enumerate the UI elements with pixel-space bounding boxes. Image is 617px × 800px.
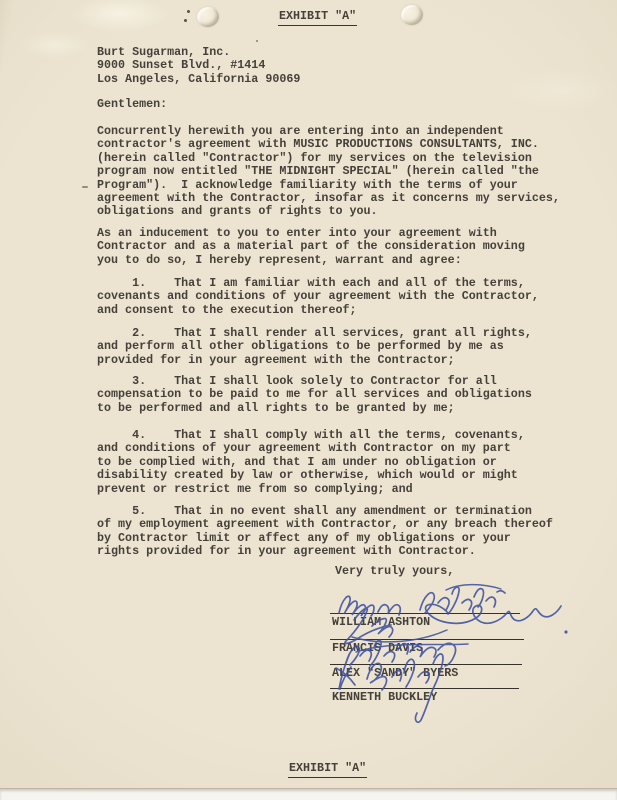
clause-3: 3. That I shall look solely to Contracto… (97, 375, 532, 415)
ink-speck (256, 40, 258, 42)
signer-name: WILLIAM ASHTON (332, 616, 430, 629)
exhibit-heading-bottom-text: EXHIBIT "A" (288, 761, 367, 778)
ink-speck (82, 186, 88, 188)
salutation: Gentlemen: (97, 98, 167, 111)
ink-speck (184, 19, 187, 22)
exhibit-heading-top-text: EXHIBIT "A" (278, 9, 357, 26)
clause-4: 4. That I shall comply with all the term… (97, 429, 525, 496)
clause-2: 2. That I shall render all services, gra… (97, 327, 532, 367)
ink-speck (187, 10, 190, 13)
exhibit-heading-top: EXHIBIT "A" (278, 10, 357, 23)
signer-name: FRANCIS DAVIS (332, 642, 423, 655)
hole-punch-left (195, 5, 221, 30)
signature-rule (330, 688, 519, 689)
closing-line: Very truly yours, (335, 565, 454, 578)
exhibit-heading-bottom: EXHIBIT "A" (288, 762, 367, 775)
hole-punch-right (399, 3, 425, 28)
signature-rule (330, 639, 524, 640)
scanned-letter-page: EXHIBIT "A" Burt Sugarman, Inc. 9000 Sun… (0, 0, 617, 800)
signer-name: ALEX "SANDY" BYERS (332, 667, 458, 680)
scanner-edge (0, 788, 617, 800)
recipient-address: Burt Sugarman, Inc. 9000 Sunset Blvd., #… (97, 46, 300, 86)
clause-5: 5. That in no event shall any amendment … (97, 505, 553, 559)
signature-rule (330, 664, 522, 665)
signer-name: KENNETH BUCKLEY (332, 691, 437, 704)
signature-ink-william-ashton (339, 585, 505, 616)
paragraph-intro: Concurrently herewith you are entering i… (97, 125, 560, 219)
signature-rule (330, 613, 520, 614)
clause-1: 1. That I am familiar with each and all … (97, 277, 539, 317)
paragraph-inducement: As an inducement to you to enter into yo… (97, 227, 525, 267)
